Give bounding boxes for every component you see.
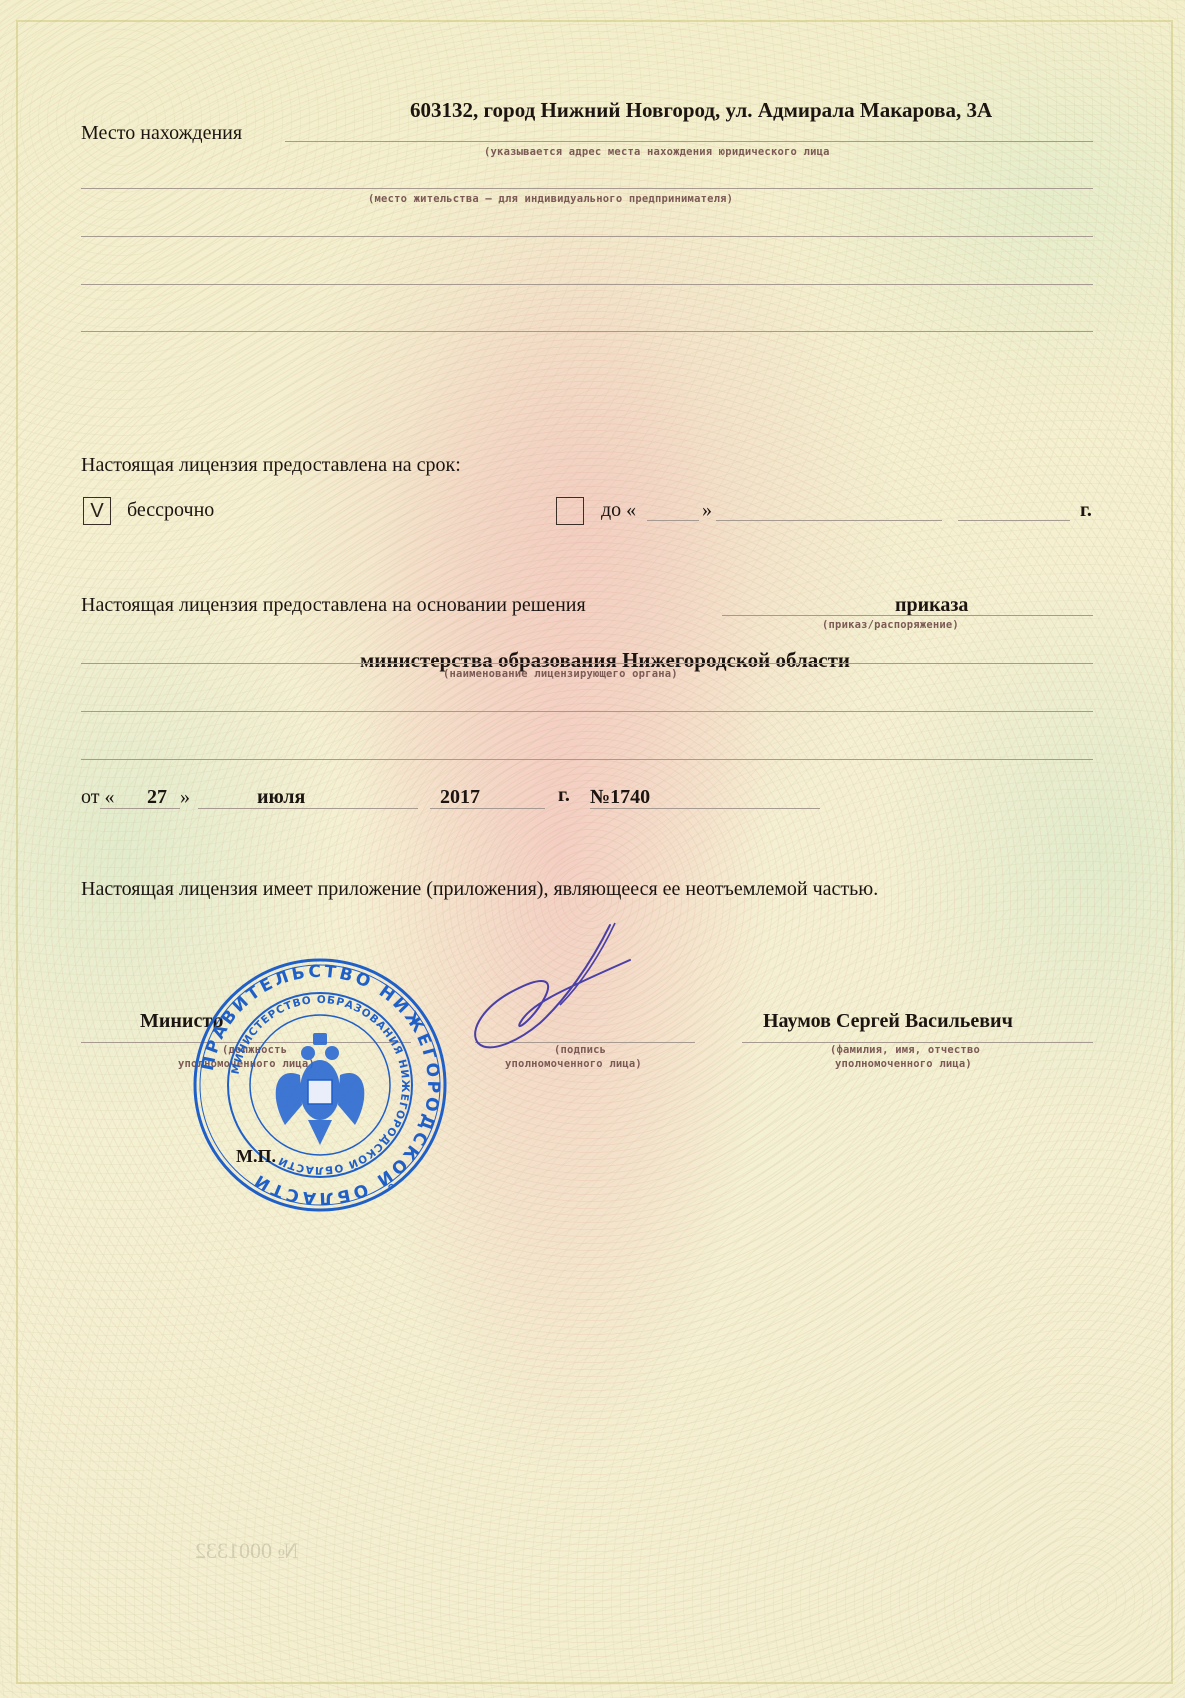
checkbox-indefinite[interactable]: V xyxy=(83,497,111,525)
indefinite-label: бессрочно xyxy=(127,499,214,522)
document-border xyxy=(16,20,1173,1684)
until-close-quote: » xyxy=(702,499,712,522)
decision-rule xyxy=(722,615,1093,616)
location-rule xyxy=(285,141,1093,142)
name-rule xyxy=(742,1042,1093,1043)
location-label: Место нахождения xyxy=(81,122,242,145)
blank-rule xyxy=(81,236,1093,237)
term-heading: Настоящая лицензия предоставлена на срок… xyxy=(81,454,461,477)
location-rule-2 xyxy=(81,188,1093,189)
date-prefix: от « xyxy=(81,786,114,809)
until-prefix: до « xyxy=(601,499,636,522)
decision-year: 2017 xyxy=(440,786,480,809)
month-rule xyxy=(198,808,418,809)
attachment-note: Настоящая лицензия имеет приложение (при… xyxy=(81,878,878,901)
blank-rule xyxy=(81,711,1093,712)
decision-number: №1740 xyxy=(590,786,650,809)
checkbox-until[interactable] xyxy=(556,497,584,525)
name-hint-2: уполномоченного лица) xyxy=(835,1058,972,1070)
authority-hint: (наименование лицензирующего органа) xyxy=(443,668,678,680)
decision-day: 27 xyxy=(147,786,167,809)
day-rule xyxy=(100,808,180,809)
blank-rule xyxy=(81,331,1093,332)
location-value: 603132, город Нижний Новгород, ул. Адмир… xyxy=(410,98,992,123)
date-year-suffix: г. xyxy=(558,784,570,807)
location-hint-individual: (место жительства – для индивидуального … xyxy=(368,193,733,205)
year-rule xyxy=(430,808,545,809)
until-year-rule xyxy=(958,520,1070,521)
blank-rule xyxy=(81,284,1093,285)
official-name: Наумов Сергей Васильевич xyxy=(763,1010,1013,1033)
until-month-rule xyxy=(716,520,942,521)
handwritten-signature xyxy=(460,905,640,1065)
until-year-suffix: г. xyxy=(1080,499,1092,522)
official-seal-stamp: ПРАВИТЕЛЬСТВО НИЖЕГОРОДСКОЙ ОБЛАСТИ МИНИ… xyxy=(190,955,450,1215)
location-hint-legal: (указывается адрес места нахождения юрид… xyxy=(484,146,830,158)
date-close-quote: » xyxy=(180,786,190,809)
blank-rule xyxy=(81,759,1093,760)
decision-hint: (приказ/распоряжение) xyxy=(822,619,959,631)
until-day-rule xyxy=(647,520,699,521)
seal-mark: М.П. xyxy=(236,1146,276,1167)
decision-type: приказа xyxy=(895,594,968,617)
bleed-through-serial: № 0001332 xyxy=(195,1538,299,1564)
authority-rule xyxy=(81,663,1093,664)
name-hint-1: (фамилия, имя, отчество xyxy=(830,1044,980,1056)
basis-heading: Настоящая лицензия предоставлена на осно… xyxy=(81,594,586,617)
decision-month: июля xyxy=(257,786,305,809)
number-rule xyxy=(590,808,820,809)
